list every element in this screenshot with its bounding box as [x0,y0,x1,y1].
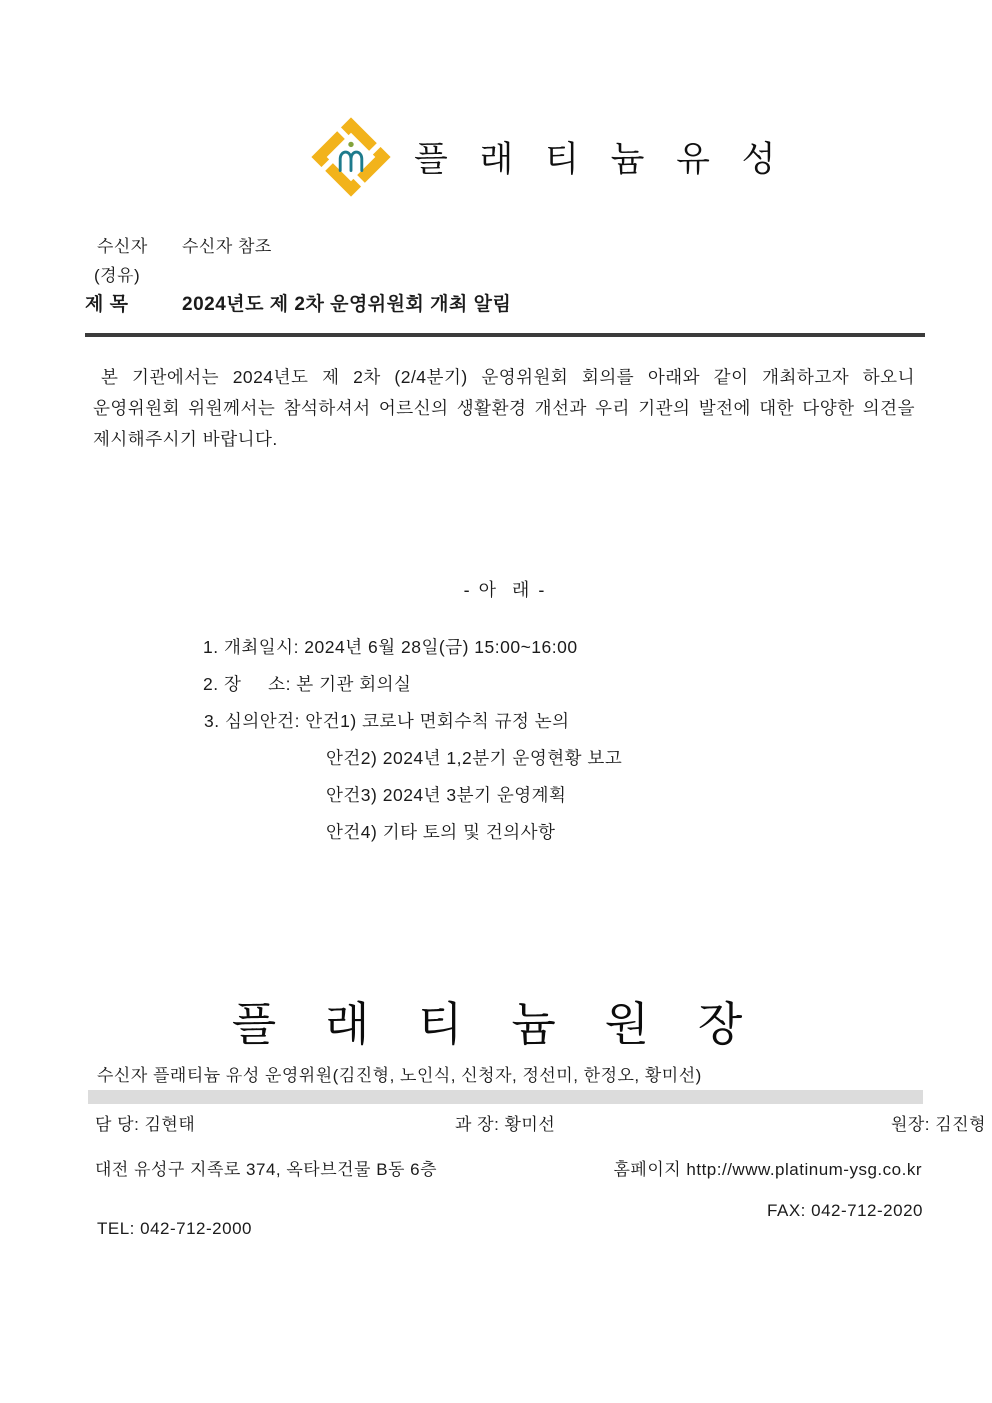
staff-director: 원장: 김진형 [891,1114,986,1136]
agenda-item-topics: 3. 심의안건: 안건1) 코로나 면회수칙 규정 논의 [204,710,570,732]
below-marker: - 아 래 - [85,576,925,602]
agenda-subitem-4: 안건4) 기타 토의 및 건의사항 [326,821,555,843]
address-line: 대전 유성구 지족로 374, 옥타브건물 B동 6층 [95,1159,437,1181]
agenda-subitem-2: 안건2) 2024년 1,2분기 운영현황 보고 [326,747,622,769]
agenda-subitem-3: 안건3) 2024년 3분기 운영계획 [326,784,566,806]
committee-recipients-line: 수신자 플래티늄 유성 운영위원(김진형, 노인식, 신청자, 정선미, 한정오… [97,1065,702,1087]
body-paragraph: 본 기관에서는 2024년도 제 2차 (2/4분기) 운영위원회 회의를 아래… [93,362,915,455]
brand-header: 플 래 티 늄 유 성 [306,112,786,202]
subject-title: 2024년도 제 2차 운영위원회 개최 알림 [182,294,511,316]
fax-line: FAX: 042-712-2020 [767,1200,923,1222]
subject-label: 제 목 [85,294,129,316]
logo-m-glyph [340,152,362,170]
staff-section-chief: 과 장: 황미선 [455,1114,555,1136]
logo-dot [348,142,353,147]
agenda-item-datetime: 1. 개최일시: 2024년 6월 28일(금) 15:00~16:00 [203,636,578,658]
footer-divider-band [88,1090,923,1104]
signature-director-title: 플 래 티 늄 원 장 [0,988,992,1054]
subject-divider [85,333,925,337]
tel-line: TEL: 042-712-2000 [97,1218,252,1240]
homepage-line: 홈페이지 http://www.platinum-ysg.co.kr [614,1159,923,1181]
agenda-item-place: 2. 장 소: 본 기관 회의실 [203,673,411,695]
recipient-value: 수신자 참조 [182,236,272,258]
document-page: 플 래 티 늄 유 성 수신자 수신자 참조 (경유) 제 목 2024년도 제… [0,0,992,1403]
via-line: (경유) [94,265,140,287]
brand-name-text: 플 래 티 늄 유 성 [414,132,786,182]
brand-logo-icon [306,112,396,202]
staff-manager: 담 당: 김현태 [95,1114,195,1136]
recipient-label: 수신자 [97,236,148,258]
